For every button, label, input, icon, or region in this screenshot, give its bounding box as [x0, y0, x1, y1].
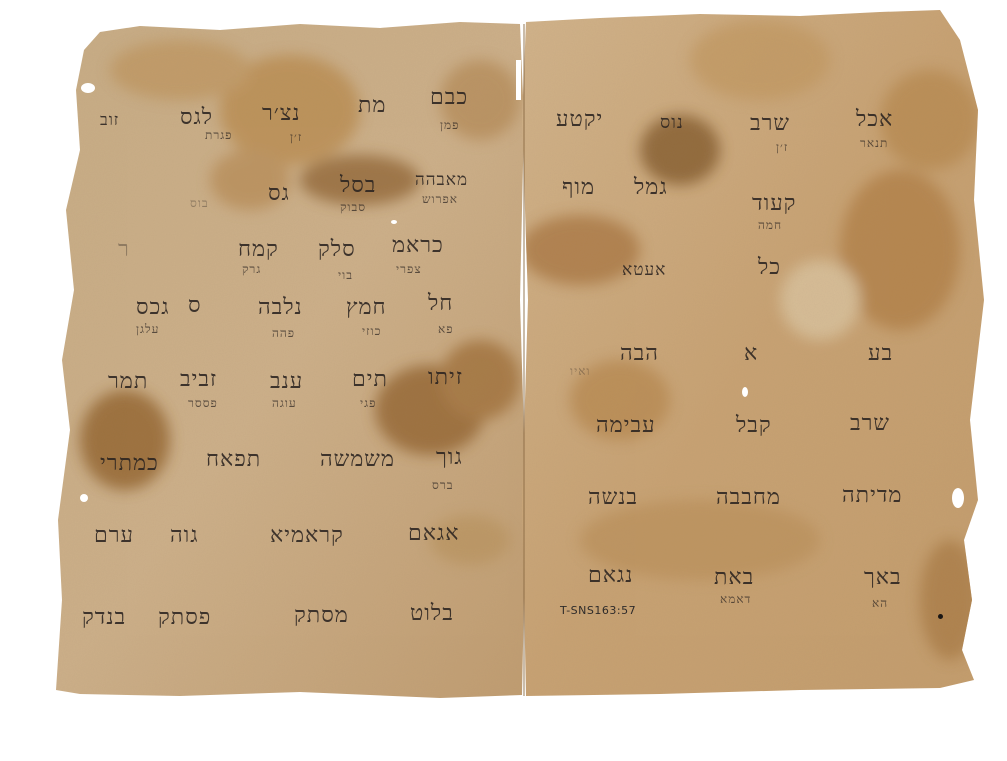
word: זוב — [100, 110, 119, 130]
gloss: חמה — [758, 218, 782, 233]
gloss: ז׳ן — [776, 140, 788, 155]
gloss: דאמא — [720, 592, 751, 607]
word: מת — [358, 92, 386, 118]
word: לגס — [180, 104, 213, 130]
word: שרב — [750, 110, 790, 136]
manuscript-photo: כבם מת נצ׳ר לגס זוב פמן ז׳ן פגרת מאבהה ב… — [0, 0, 1007, 761]
word: מחבבה — [716, 484, 781, 510]
word: גוך — [436, 444, 463, 470]
word: מסתק — [294, 602, 349, 628]
word: בנדק — [82, 604, 126, 630]
gloss: גרק — [242, 262, 261, 277]
gloss: פגי — [360, 396, 376, 411]
word: בע — [868, 340, 893, 366]
gloss: פהה — [272, 326, 295, 341]
word: תים — [352, 366, 388, 392]
word: באת — [714, 564, 754, 590]
word: ענב — [270, 368, 303, 394]
word: בנשה — [588, 484, 638, 510]
word: שרב — [850, 410, 890, 436]
word: כמתרי — [100, 450, 159, 476]
gloss: אפרוש — [422, 192, 458, 207]
gloss: בוי — [338, 268, 353, 283]
word: עבימה — [596, 412, 656, 438]
gloss: בוס — [190, 196, 209, 211]
gloss: הא — [872, 596, 888, 611]
gloss: פא — [438, 322, 454, 337]
word: גכס — [136, 294, 170, 320]
word: קעוד — [752, 190, 796, 216]
word: כראמ — [392, 232, 444, 258]
word: משמשה — [320, 446, 395, 472]
gloss: תנאר — [860, 136, 888, 151]
word: פסתק — [158, 604, 211, 630]
word: ס — [188, 292, 202, 318]
word: זביב — [180, 366, 217, 392]
gloss: כוזי — [362, 324, 381, 339]
word: תפאח — [206, 446, 261, 472]
word: תמר — [108, 368, 148, 394]
gloss: עלגן — [136, 322, 159, 337]
shelfmark-label: T-SNS163:57 — [560, 604, 636, 617]
word: קראמיא — [270, 522, 344, 548]
word: ערם — [94, 522, 134, 548]
gloss: עוגה — [272, 396, 297, 411]
word: הבה — [620, 340, 659, 366]
word: נצ׳ר — [262, 100, 301, 126]
gloss: סבוק — [340, 200, 366, 215]
gloss: פססר — [188, 396, 218, 411]
word: נגאם — [588, 562, 633, 588]
word: חל — [428, 290, 453, 316]
gloss: ברס — [432, 478, 454, 493]
word: נלבה — [258, 294, 303, 320]
word: נוס — [660, 112, 684, 133]
word: חמץ — [346, 294, 387, 320]
word: א — [744, 340, 758, 366]
word: קמח — [238, 236, 279, 262]
word: ר — [118, 236, 130, 262]
word: סלק — [318, 236, 356, 262]
gloss: פמן — [440, 118, 459, 133]
word: מוף — [562, 174, 595, 200]
ink-dot — [938, 614, 943, 619]
word: אגאם — [408, 520, 459, 546]
word: כבם — [430, 84, 468, 110]
word: באך — [864, 564, 902, 590]
word: כל — [758, 254, 781, 280]
word: מאבהה — [415, 170, 468, 190]
word: מדיתה — [842, 482, 902, 508]
gloss: ז׳ן — [290, 130, 302, 145]
word: זיתו — [428, 364, 463, 390]
word: בלוט — [410, 600, 454, 626]
gloss: פגרת — [205, 128, 232, 143]
word: גס — [268, 180, 290, 206]
word: קבל — [736, 412, 772, 438]
word: גמל — [634, 174, 668, 200]
gloss: צפרי — [396, 262, 422, 277]
word: אעטא — [622, 260, 666, 280]
word: בסל — [340, 172, 376, 198]
word: אכל — [856, 106, 893, 132]
word: גוה — [170, 522, 199, 548]
gloss: ואיו — [570, 364, 591, 379]
word: יקטע — [556, 106, 603, 132]
